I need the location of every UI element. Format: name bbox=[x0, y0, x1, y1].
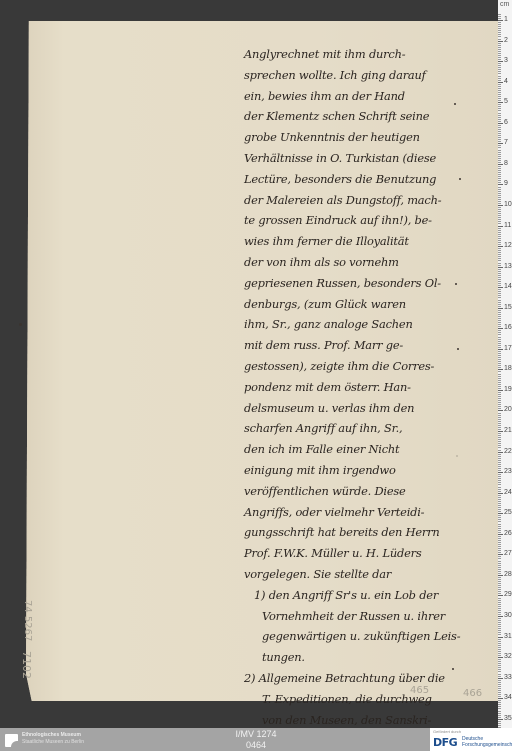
ruler-tick bbox=[498, 314, 501, 315]
ruler-tick bbox=[498, 121, 501, 122]
ruler-tick bbox=[498, 269, 501, 270]
ruler-label: 6 bbox=[504, 119, 508, 126]
ink-dot bbox=[455, 283, 457, 285]
ruler-tick bbox=[498, 604, 501, 605]
ruler-tick bbox=[498, 406, 501, 407]
ruler-tick bbox=[498, 277, 501, 278]
ruler-tick bbox=[498, 197, 501, 198]
ruler-tick bbox=[498, 390, 503, 391]
ruler-tick bbox=[498, 546, 501, 547]
handwritten-line: pondenz mit dem österr. Han- bbox=[244, 377, 494, 398]
ruler-tick bbox=[498, 583, 501, 584]
ruler-tick bbox=[498, 221, 501, 222]
ruler-tick bbox=[498, 250, 501, 251]
ruler-tick bbox=[498, 462, 501, 463]
ruler-tick bbox=[498, 443, 501, 444]
ruler-tick bbox=[498, 600, 501, 601]
ink-dot bbox=[452, 668, 454, 670]
ruler-tick bbox=[498, 521, 501, 522]
ruler-tick bbox=[498, 634, 501, 635]
ruler-tick bbox=[498, 16, 501, 17]
ruler-tick bbox=[498, 359, 501, 360]
ruler-tick bbox=[498, 271, 501, 272]
ruler-tick bbox=[498, 561, 501, 562]
ruler-tick bbox=[498, 80, 501, 81]
ruler-tick bbox=[498, 513, 503, 514]
ruler-tick bbox=[498, 460, 501, 461]
ruler-tick bbox=[498, 680, 501, 681]
ruler-label: 23 bbox=[504, 468, 512, 475]
ruler-tick bbox=[498, 542, 501, 543]
ruler-tick bbox=[498, 484, 501, 485]
ruler-tick bbox=[498, 349, 503, 350]
ruler-tick bbox=[498, 330, 501, 331]
ruler-tick bbox=[498, 158, 501, 159]
ruler-tick bbox=[498, 655, 501, 656]
ruler-tick bbox=[498, 273, 501, 274]
ruler-tick bbox=[498, 230, 501, 231]
ruler-tick bbox=[498, 145, 501, 146]
ruler-tick bbox=[498, 156, 501, 157]
ruler-tick bbox=[498, 170, 501, 171]
ruler-tick bbox=[498, 28, 501, 29]
ruler-tick bbox=[498, 419, 501, 420]
ruler-label: 21 bbox=[504, 427, 512, 434]
ruler-tick bbox=[498, 187, 501, 188]
ruler-tick bbox=[498, 207, 501, 208]
ruler-label: 29 bbox=[504, 591, 512, 598]
ruler-tick bbox=[498, 258, 501, 259]
ruler-tick bbox=[498, 396, 501, 397]
ruler-tick bbox=[498, 238, 501, 239]
handwritten-line: gungsschrift hat bereits den Herrn bbox=[244, 522, 494, 543]
ruler-tick bbox=[498, 721, 501, 722]
ruler-tick bbox=[498, 367, 501, 368]
ruler-tick bbox=[498, 723, 501, 724]
ruler-label: 13 bbox=[504, 263, 512, 270]
handwritten-line: der Klementz schen Schrift seine bbox=[244, 106, 494, 127]
ruler-tick bbox=[498, 219, 501, 220]
ruler-tick bbox=[498, 113, 501, 114]
ruler-tick bbox=[498, 532, 501, 533]
ruler-tick bbox=[498, 497, 501, 498]
ruler-tick bbox=[498, 435, 501, 436]
ruler-tick bbox=[498, 137, 501, 138]
ruler-tick bbox=[498, 332, 501, 333]
ruler-tick bbox=[498, 328, 503, 329]
ruler-tick bbox=[498, 678, 503, 679]
ruler-tick bbox=[498, 189, 501, 190]
ruler-tick bbox=[498, 692, 501, 693]
ruler-label: 7 bbox=[504, 139, 508, 146]
handwritten-line: ein, bewies ihm an der Hand bbox=[244, 86, 494, 107]
ruler-tick bbox=[498, 164, 503, 165]
ruler-tick bbox=[498, 102, 503, 103]
ruler-tick bbox=[498, 174, 501, 175]
ruler-tick bbox=[498, 166, 501, 167]
ruler-tick bbox=[498, 665, 501, 666]
ruler-tick bbox=[498, 702, 501, 703]
ruler-tick bbox=[498, 534, 503, 535]
ruler-tick bbox=[498, 421, 501, 422]
ruler-tick bbox=[498, 612, 501, 613]
ruler-tick bbox=[498, 573, 501, 574]
ruler-tick bbox=[498, 201, 501, 202]
pencil-page-number-old: 465 bbox=[410, 685, 429, 696]
ruler-tick bbox=[498, 595, 503, 596]
ruler-tick bbox=[498, 47, 501, 48]
handwritten-line: te grossen Eindruck auf ihn!), be- bbox=[244, 210, 494, 231]
handwritten-line: gegenwärtigen u. zukünftigen Leis- bbox=[244, 626, 494, 647]
ruler-tick bbox=[498, 499, 501, 500]
ink-dot bbox=[459, 178, 461, 180]
ruler-label: 14 bbox=[504, 283, 512, 290]
ruler-tick bbox=[498, 316, 501, 317]
ruler-tick bbox=[498, 26, 501, 27]
ruler-tick bbox=[498, 125, 501, 126]
ruler-tick bbox=[498, 129, 501, 130]
ruler-tick bbox=[498, 579, 501, 580]
ruler-tick bbox=[498, 577, 501, 578]
ruler-tick bbox=[498, 59, 501, 60]
ruler-tick bbox=[498, 610, 501, 611]
ruler-tick bbox=[498, 713, 501, 714]
ruler-tick bbox=[498, 715, 501, 716]
pencil-mark-side-bottom: 7102 bbox=[20, 651, 33, 679]
ruler-tick bbox=[498, 291, 501, 292]
ruler-tick bbox=[498, 308, 503, 309]
ruler-tick bbox=[498, 696, 501, 697]
ruler-tick bbox=[498, 585, 501, 586]
ruler-tick bbox=[498, 203, 501, 204]
ink-dot bbox=[457, 348, 459, 350]
ruler-tick bbox=[498, 382, 501, 383]
ruler-tick bbox=[498, 88, 501, 89]
ruler-tick bbox=[498, 300, 501, 301]
handwritten-line: Prof. F.W.K. Müller u. H. Lüders bbox=[244, 543, 494, 564]
ruler-label: 5 bbox=[504, 98, 508, 105]
ruler-tick bbox=[498, 466, 501, 467]
ruler-tick bbox=[498, 408, 501, 409]
ruler-tick bbox=[498, 626, 501, 627]
ruler-tick bbox=[498, 57, 501, 58]
ruler-tick bbox=[498, 503, 501, 504]
ruler-tick bbox=[498, 515, 501, 516]
ruler-tick bbox=[498, 398, 501, 399]
ruler-tick bbox=[498, 614, 501, 615]
ruler-tick bbox=[498, 304, 501, 305]
ruler-tick bbox=[498, 489, 501, 490]
ruler-tick bbox=[498, 20, 503, 21]
ruler-tick bbox=[498, 147, 501, 148]
ruler-tick bbox=[498, 437, 501, 438]
ruler-tick bbox=[498, 445, 501, 446]
handwritten-line: 1) den Angriff Sr's u. ein Lob der bbox=[244, 585, 494, 606]
ruler-tick bbox=[498, 339, 501, 340]
handwritten-line: 2) Allgemeine Betrachtung über die bbox=[244, 668, 494, 689]
ruler-tick bbox=[498, 78, 501, 79]
handwritten-line: einigung mit ihm irgendwo bbox=[244, 460, 494, 481]
ruler-tick bbox=[498, 135, 501, 136]
ruler-label: 10 bbox=[504, 201, 512, 208]
ruler-tick bbox=[498, 643, 501, 644]
ruler-tick bbox=[498, 127, 501, 128]
ruler-tick bbox=[498, 22, 501, 23]
ruler-tick bbox=[498, 30, 501, 31]
ruler-tick bbox=[498, 632, 501, 633]
ruler-tick bbox=[498, 410, 503, 411]
ruler-tick bbox=[498, 394, 501, 395]
ruler-tick bbox=[498, 337, 501, 338]
ruler-tick bbox=[498, 302, 501, 303]
ruler-tick bbox=[498, 725, 501, 726]
ruler-tick bbox=[498, 659, 501, 660]
ruler-tick bbox=[498, 563, 501, 564]
ruler-tick bbox=[498, 76, 501, 77]
ruler-tick bbox=[498, 184, 503, 185]
ruler-tick bbox=[498, 39, 501, 40]
dfg-name-line2: Forschungsgemeinschaft bbox=[462, 742, 512, 748]
ruler-tick bbox=[498, 265, 501, 266]
ruler-tick bbox=[498, 630, 501, 631]
ruler-label: 2 bbox=[504, 37, 508, 44]
ruler-tick bbox=[498, 661, 501, 662]
ruler-tick bbox=[498, 86, 501, 87]
ruler-label: 35 bbox=[504, 715, 512, 722]
ruler-tick bbox=[498, 454, 501, 455]
ruler-tick bbox=[498, 100, 501, 101]
ruler-tick bbox=[498, 94, 501, 95]
ruler-tick bbox=[498, 51, 501, 52]
ruler-tick bbox=[498, 624, 501, 625]
ruler-tick bbox=[498, 195, 501, 196]
ruler-tick bbox=[498, 575, 503, 576]
ruler-tick bbox=[498, 565, 501, 566]
ruler-tick bbox=[498, 256, 501, 257]
cm-ruler: cm 1234567891011121314151617181920212223… bbox=[498, 0, 512, 728]
ruler-tick bbox=[498, 141, 501, 142]
ruler-tick bbox=[498, 384, 501, 385]
ruler-tick bbox=[498, 606, 501, 607]
ruler-label: 20 bbox=[504, 406, 512, 413]
ruler-tick bbox=[498, 598, 501, 599]
ruler-tick bbox=[498, 622, 501, 623]
ruler-tick bbox=[498, 587, 501, 588]
ruler-tick bbox=[498, 388, 501, 389]
ruler-tick bbox=[498, 154, 501, 155]
ruler-tick bbox=[498, 193, 501, 194]
ruler-tick bbox=[498, 180, 501, 181]
ruler-tick bbox=[498, 487, 501, 488]
ruler-tick bbox=[498, 223, 501, 224]
ruler-tick bbox=[498, 96, 501, 97]
ruler-tick bbox=[498, 433, 501, 434]
ruler-tick bbox=[498, 526, 501, 527]
ruler-tick bbox=[498, 690, 501, 691]
ink-dot bbox=[454, 103, 456, 105]
ruler-tick bbox=[498, 639, 501, 640]
ruler-tick bbox=[498, 423, 501, 424]
ruler-tick bbox=[498, 589, 501, 590]
ruler-tick bbox=[498, 365, 501, 366]
ruler-tick bbox=[498, 694, 501, 695]
ruler-tick bbox=[498, 472, 503, 473]
ruler-tick bbox=[498, 172, 501, 173]
ruler-label: 27 bbox=[504, 550, 512, 557]
ruler-tick bbox=[498, 162, 501, 163]
ruler-tick bbox=[498, 637, 503, 638]
ruler-tick bbox=[498, 511, 501, 512]
ruler-tick bbox=[498, 108, 501, 109]
ruler-tick bbox=[498, 363, 501, 364]
handwritten-line: gestossen), zeigte ihm die Corres- bbox=[244, 356, 494, 377]
handwritten-text: Anglyrechnet mit ihm durch-sprechen woll… bbox=[244, 44, 494, 751]
ruler-tick bbox=[498, 34, 501, 35]
ruler-tick bbox=[498, 417, 501, 418]
ruler-tick bbox=[498, 357, 501, 358]
ruler-tick bbox=[498, 139, 501, 140]
ruler-tick bbox=[498, 427, 501, 428]
ruler-tick bbox=[498, 211, 501, 212]
ruler-tick bbox=[498, 353, 501, 354]
ruler-tick bbox=[498, 14, 501, 15]
ruler-label: 31 bbox=[504, 633, 512, 640]
ruler-tick bbox=[498, 431, 503, 432]
ruler-label: 15 bbox=[504, 304, 512, 311]
ruler-tick bbox=[498, 550, 501, 551]
ruler-tick bbox=[498, 287, 503, 288]
ruler-tick bbox=[498, 554, 503, 555]
ruler-tick bbox=[498, 700, 501, 701]
ruler-tick bbox=[498, 618, 501, 619]
ruler-tick bbox=[498, 131, 501, 132]
ruler-tick bbox=[498, 468, 501, 469]
ruler-tick bbox=[498, 669, 501, 670]
ruler-tick bbox=[498, 505, 501, 506]
ruler-tick bbox=[498, 651, 501, 652]
ruler-tick bbox=[498, 447, 501, 448]
ruler-tick bbox=[498, 657, 503, 658]
ruler-label: 30 bbox=[504, 612, 512, 619]
ruler-tick bbox=[498, 217, 501, 218]
pencil-mark-side-top: 74 5267 bbox=[22, 600, 33, 641]
handwritten-line: Anglyrechnet mit ihm durch- bbox=[244, 44, 494, 65]
ruler-tick bbox=[498, 345, 501, 346]
ruler-tick bbox=[498, 591, 501, 592]
ruler-tick bbox=[498, 343, 501, 344]
ruler-tick bbox=[498, 347, 501, 348]
ruler-tick bbox=[498, 439, 501, 440]
ruler-tick bbox=[498, 717, 501, 718]
ruler-tick bbox=[498, 501, 501, 502]
ruler-tick bbox=[498, 234, 501, 235]
ruler-tick bbox=[498, 285, 501, 286]
handwritten-line: veröffentlichen würde. Diese bbox=[244, 481, 494, 502]
ruler-tick bbox=[498, 706, 501, 707]
ruler-tick bbox=[498, 476, 501, 477]
ruler-tick bbox=[498, 374, 501, 375]
ruler-tick bbox=[498, 71, 501, 72]
ruler-tick bbox=[498, 312, 501, 313]
ruler-label: 25 bbox=[504, 509, 512, 516]
ruler-tick bbox=[498, 90, 501, 91]
ruler-label: 8 bbox=[504, 160, 508, 167]
ruler-label: 24 bbox=[504, 489, 512, 496]
ruler-tick bbox=[498, 450, 501, 451]
ruler-tick bbox=[498, 209, 501, 210]
ruler-label: 16 bbox=[504, 324, 512, 331]
ruler-label: 32 bbox=[504, 653, 512, 660]
ruler-tick bbox=[498, 380, 501, 381]
ruler-tick bbox=[498, 530, 501, 531]
ruler-tick bbox=[498, 160, 501, 161]
ruler-tick bbox=[498, 429, 501, 430]
ruler-tick bbox=[498, 43, 501, 44]
ruler-tick bbox=[498, 36, 501, 37]
ruler-tick bbox=[498, 199, 501, 200]
ruler-tick bbox=[498, 645, 501, 646]
ruler-tick bbox=[498, 482, 501, 483]
ruler-tick bbox=[498, 123, 503, 124]
handwritten-line: Verhältnisse in O. Turkistan (diese bbox=[244, 148, 494, 169]
ruler-label: 17 bbox=[504, 345, 512, 352]
ruler-tick bbox=[498, 53, 501, 54]
ruler-tick bbox=[498, 688, 501, 689]
ruler-tick bbox=[498, 704, 501, 705]
ruler-tick bbox=[498, 69, 501, 70]
ruler-tick bbox=[498, 649, 501, 650]
ruler-tick bbox=[498, 378, 501, 379]
ruler-tick bbox=[498, 415, 501, 416]
ruler-tick bbox=[498, 519, 501, 520]
ruler-tick bbox=[498, 41, 503, 42]
ruler-tick bbox=[498, 456, 501, 457]
ruler-tick bbox=[498, 65, 501, 66]
ruler-tick bbox=[498, 711, 501, 712]
ruler-tick bbox=[498, 480, 501, 481]
ruler-tick bbox=[498, 641, 501, 642]
ruler-tick bbox=[498, 283, 501, 284]
ruler-tick bbox=[498, 143, 503, 144]
ruler-tick bbox=[498, 310, 501, 311]
ruler-tick bbox=[498, 213, 501, 214]
ruler-label: 19 bbox=[504, 386, 512, 393]
pencil-page-number: 466 bbox=[463, 688, 482, 699]
ruler-tick bbox=[498, 182, 501, 183]
ruler-tick bbox=[498, 32, 501, 33]
ruler-tick bbox=[498, 240, 501, 241]
ruler-tick bbox=[498, 684, 501, 685]
ruler-tick bbox=[498, 474, 501, 475]
ruler-tick bbox=[498, 260, 501, 261]
ruler-tick bbox=[498, 517, 501, 518]
ruler-tick bbox=[498, 548, 501, 549]
ruler-tick bbox=[498, 361, 501, 362]
ruler-tick bbox=[498, 228, 501, 229]
handwritten-line: denburgs, (zum Glück waren bbox=[244, 294, 494, 315]
handwritten-line: der Malereien als Dungstoff, mach- bbox=[244, 190, 494, 211]
ruler-tick bbox=[498, 334, 501, 335]
ruler-tick bbox=[498, 106, 501, 107]
ruler-label: 18 bbox=[504, 365, 512, 372]
ruler-tick bbox=[498, 318, 501, 319]
ruler-tick bbox=[498, 536, 501, 537]
ruler-tick bbox=[498, 322, 501, 323]
ruler-tick bbox=[498, 719, 503, 720]
ruler-tick bbox=[498, 92, 501, 93]
ruler-label: 33 bbox=[504, 674, 512, 681]
ruler-tick bbox=[498, 556, 501, 557]
